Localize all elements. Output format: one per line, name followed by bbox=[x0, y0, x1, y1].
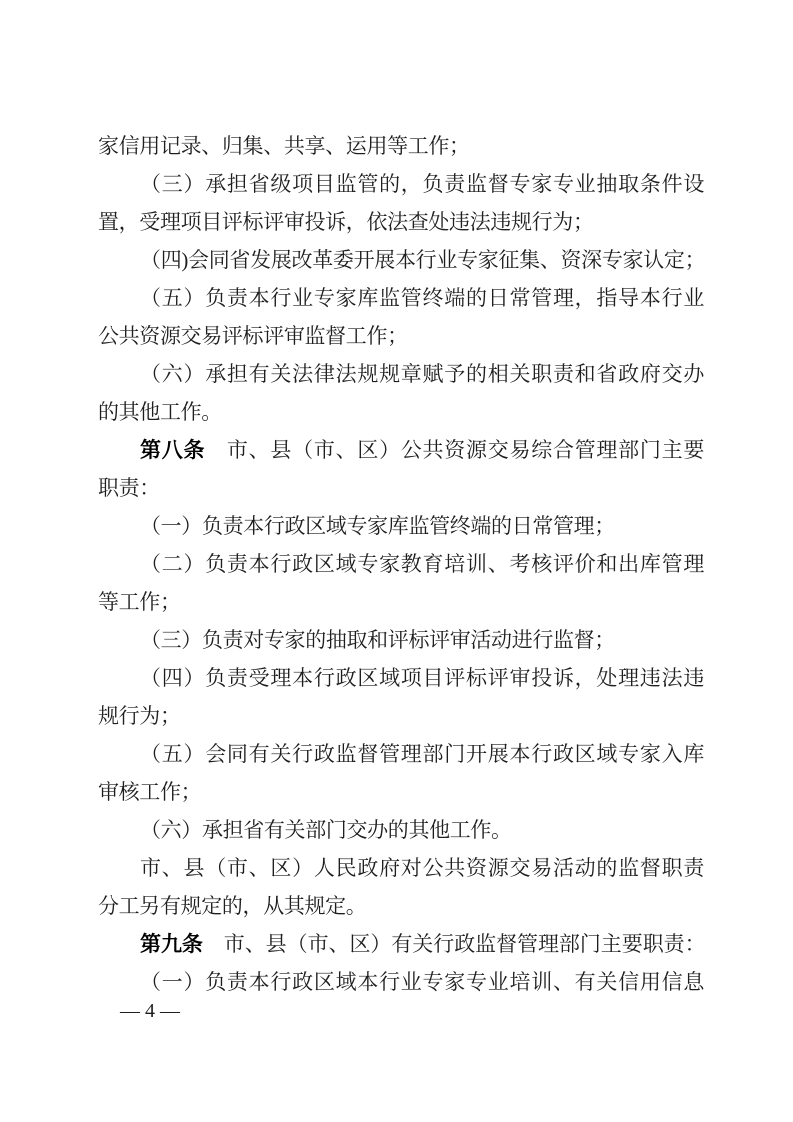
text-line: （六）承担有关法律法规规章赋予的相关职责和省政府交办 bbox=[98, 355, 704, 393]
text-line: （六）承担省有关部门交办的其他工作。 bbox=[98, 811, 704, 849]
text-line: （四)会同省发展改革委开展本行业专家征集、资深专家认定； bbox=[98, 241, 704, 279]
text-line: （四）负责受理本行政区域项目评标评审投诉，处理违法违 bbox=[98, 659, 704, 697]
text-line: 审核工作； bbox=[98, 773, 704, 811]
text-line: 公共资源交易评标评审监督工作； bbox=[98, 317, 704, 355]
article-heading: 第九条 bbox=[140, 933, 203, 956]
text-line: 职责： bbox=[98, 469, 704, 507]
text-line: 家信用记录、归集、共享、运用等工作； bbox=[98, 127, 704, 165]
text-line: 第九条 市、县（市、区）有关行政监督管理部门主要职责： bbox=[98, 925, 704, 963]
text-line: （五）负责本行业专家库监管终端的日常管理，指导本行业 bbox=[98, 279, 704, 317]
text-line: （三）负责对专家的抽取和评标评审活动进行监督； bbox=[98, 621, 704, 659]
text-line: 等工作； bbox=[98, 583, 704, 621]
document-body: 家信用记录、归集、共享、运用等工作；（三）承担省级项目监管的，负责监督专家专业抽… bbox=[98, 127, 704, 1001]
text-line: 市、县（市、区）人民政府对公共资源交易活动的监督职责 bbox=[98, 849, 704, 887]
text-line: 分工另有规定的，从其规定。 bbox=[98, 887, 704, 925]
text-line: 置，受理项目评标评审投诉，依法查处违法违规行为； bbox=[98, 203, 704, 241]
text-line: （一）负责本行政区域专家库监管终端的日常管理； bbox=[98, 507, 704, 545]
text-line: （五）会同有关行政监督管理部门开展本行政区域专家入库 bbox=[98, 735, 704, 773]
text-line: 规行为； bbox=[98, 697, 704, 735]
text-line: （二）负责本行政区域专家教育培训、考核评价和出库管理 bbox=[98, 545, 704, 583]
text-line: 第八条 市、县（市、区）公共资源交易综合管理部门主要 bbox=[98, 431, 704, 469]
article-heading: 第八条 bbox=[140, 439, 205, 462]
document-page: 家信用记录、归集、共享、运用等工作；（三）承担省级项目监管的，负责监督专家专业抽… bbox=[0, 0, 793, 1122]
text-line: （一）负责本行政区域本行业专家专业培训、有关信用信息 bbox=[98, 963, 704, 1001]
text-line: 的其他工作。 bbox=[98, 393, 704, 431]
text-line: （三）承担省级项目监管的，负责监督专家专业抽取条件设 bbox=[98, 165, 704, 203]
page-number: — 4 — bbox=[120, 999, 180, 1023]
